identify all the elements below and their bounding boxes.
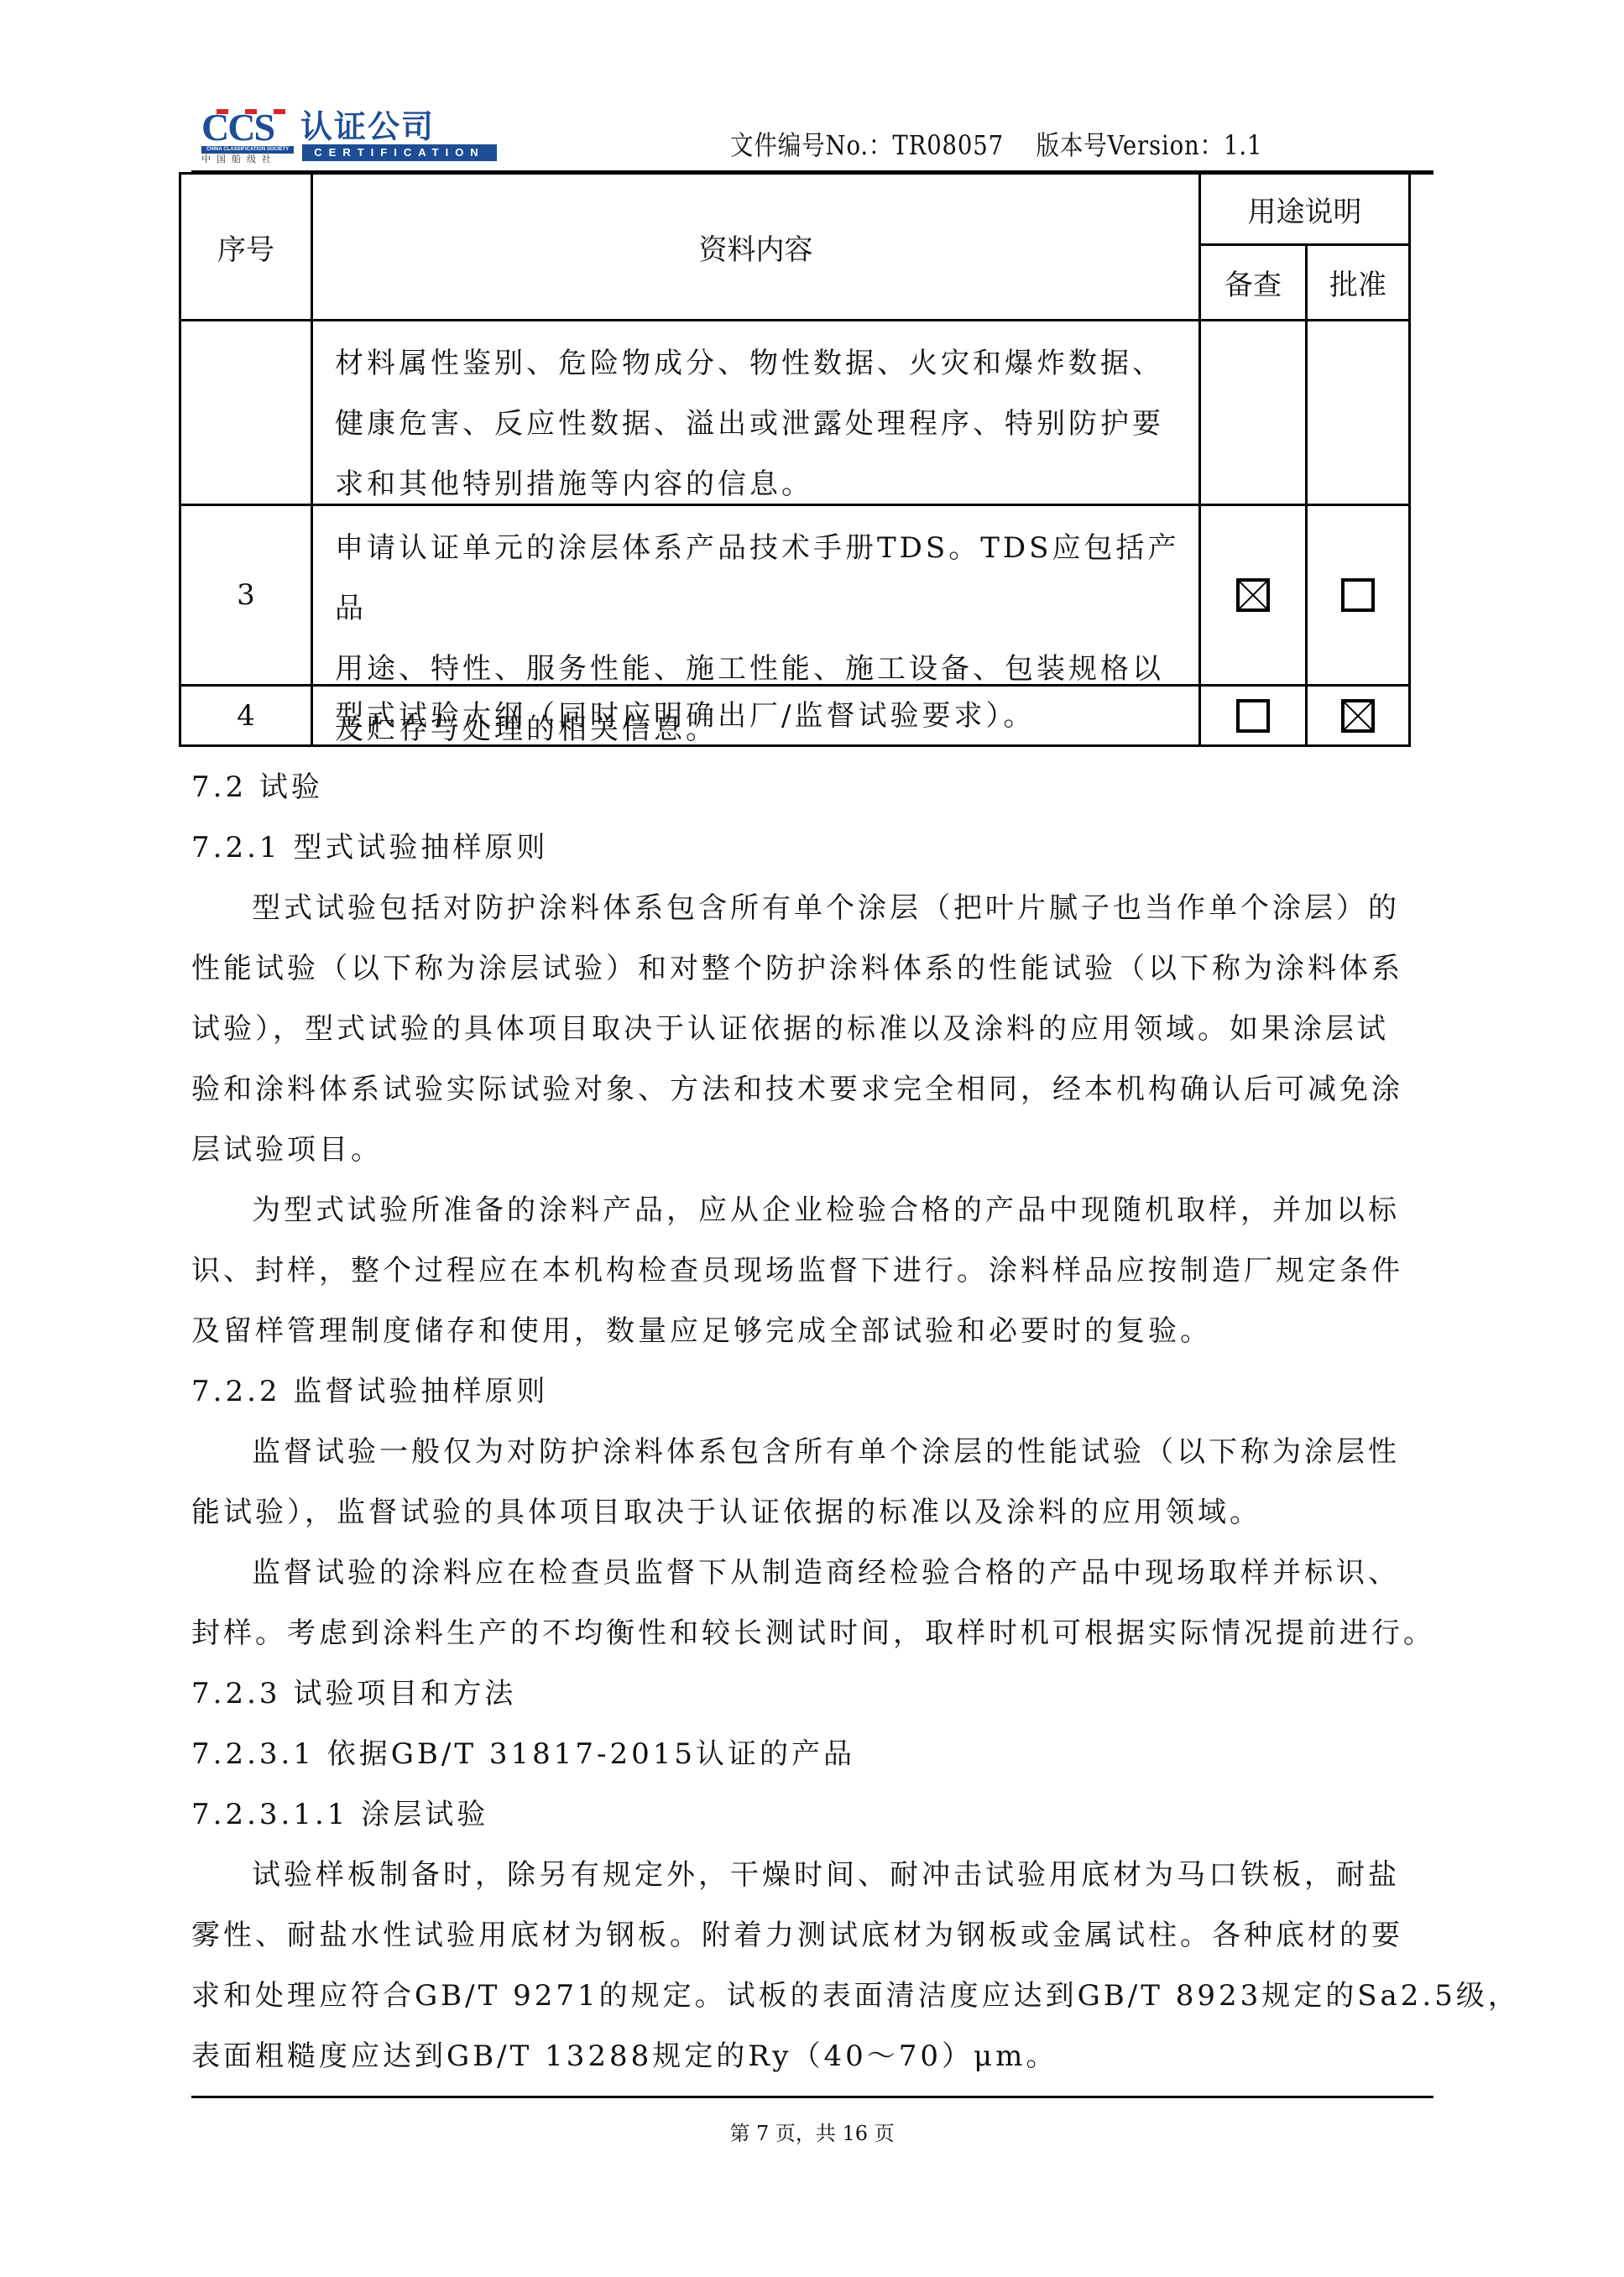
paragraph-line: 识、封样，整个过程应在本机构检查员现场监督下进行。涂料样品应按制造厂规定条件 [191,1254,1403,1287]
table-row-4-approval [1305,684,1411,747]
heading-7-2-3-1: 7.2.3.1 依据GB/T 31817-2015认证的产品 [191,1737,855,1771]
heading-7-2: 7.2 试验 [191,770,323,804]
row-1-line-2: 健康危害、反应性数据、溢出或泄露处理程序、特别防护要 [335,394,1164,454]
row-3-line-1: 申请认证单元的涂层体系产品技术手册TDS。TDS应包括产品 [335,518,1198,639]
paragraph-line: 表面粗糙度应达到GB/T 13288规定的Ry（40～70）μm。 [191,2039,1057,2073]
table-row-1-reference [1198,319,1308,506]
row-3-approval-checkbox[interactable] [1341,578,1375,612]
table-row-1-no [179,319,313,506]
col-header-content-label: 资料内容 [699,227,813,268]
col-header-reference-label: 备查 [1225,262,1282,303]
col-header-approval-label: 批准 [1329,262,1386,303]
row-4-number: 4 [237,699,255,733]
logo-society-en: CHINA CLASSIFICATION SOCIETY [201,146,294,154]
logo-ccs-mark: CCS [201,109,274,146]
row-3-reference-checkbox[interactable] [1236,578,1270,612]
row-3-number: 3 [237,578,255,612]
materials-table: 序号 资料内容 用途说明 备查 批准 材料属性鉴别、危险物成分、物性数据、火灾和… [179,172,1411,744]
table-row-3-content: 申请认证单元的涂层体系产品技术手册TDS。TDS应包括产品 用途、特性、服务性能… [311,504,1201,687]
table-row-3-approval [1305,504,1411,687]
heading-7-2-2: 7.2.2 监督试验抽样原则 [191,1375,548,1408]
paragraph-line: 封样。考虑到涂料生产的不均衡性和较长测试时间，取样时机可根据实际情况提前进行。 [191,1616,1435,1650]
table-row-4-reference [1198,684,1308,747]
paragraph-line: 验和涂料体系试验实际试验对象、方法和技术要求完全相同，经本机构确认后可减免涂 [191,1073,1403,1106]
paragraph-line: 试验样板制备时，除另有规定外，干燥时间、耐冲击试验用底材为马口铁板，耐盐 [252,1858,1400,1892]
paragraph-line: 求和处理应符合GB/T 9271的规定。试板的表面清洁度应达到GB/T 8923… [191,1979,1520,2013]
paragraph-line: 能试验），监督试验的具体项目取决于认证依据的标准以及涂料的应用领域。 [191,1496,1261,1529]
logo-cert-cn: 认证公司 [300,109,435,144]
table-row-3-no: 3 [179,504,313,687]
col-header-reference: 备查 [1198,243,1308,321]
ccs-certification-logo: CCS CHINA CLASSIFICATION SOCIETY 中国船级社 认… [195,107,497,166]
heading-7-2-3: 7.2.3 试验项目和方法 [191,1677,516,1710]
table-row-4-content: 型式试验大纲（同时应明确出厂/监督试验要求）。 [311,684,1201,747]
row-4-reference-checkbox[interactable] [1236,699,1270,733]
paragraph-line: 试验），型式试验的具体项目取决于认证依据的标准以及涂料的应用领域。如果涂层试 [191,1012,1389,1046]
row-4-approval-checkbox[interactable] [1341,699,1375,733]
heading-7-2-1: 7.2.1 型式试验抽样原则 [191,831,548,864]
col-header-approval: 批准 [1305,243,1411,321]
footer-rule [191,2096,1433,2098]
table-row-1-content: 材料属性鉴别、危险物成分、物性数据、火灾和爆炸数据、 健康危害、反应性数据、溢出… [311,319,1201,506]
document-number-version: 文件编号No.：TR08057 版本号Version：1.1 [730,124,1262,163]
logo-cert-en: CERTIFICATION [302,144,497,161]
row-4-line-1: 型式试验大纲（同时应明确出厂/监督试验要求）。 [335,686,1035,746]
col-header-purpose: 用途说明 [1198,172,1411,246]
table-row-3-reference [1198,504,1308,687]
paragraph-line: 层试验项目。 [191,1133,383,1167]
paragraph-line: 监督试验的涂料应在检查员监督下从制造商经检验合格的产品中现场取样并标识、 [252,1556,1400,1590]
row-1-line-1: 材料属性鉴别、危险物成分、物性数据、火灾和爆炸数据、 [335,333,1164,394]
paragraph-line: 型式试验包括对防护涂料体系包含所有单个涂层（把叶片腻子也当作单个涂层）的 [252,891,1400,925]
page-number: 第 7 页，共 16 页 [0,2117,1624,2146]
col-header-no: 序号 [179,172,313,321]
col-header-purpose-label: 用途说明 [1248,189,1362,230]
paragraph-line: 监督试验一般仅为对防护涂料体系包含所有单个涂层的性能试验（以下称为涂层性 [252,1435,1400,1469]
paragraph-line: 性能试验（以下称为涂层试验）和对整个防护涂料体系的性能试验（以下称为涂料体系 [191,952,1403,985]
paragraph-line: 为型式试验所准备的涂料产品，应从企业检验合格的产品中现随机取样，并加以标 [252,1193,1400,1227]
paragraph-line: 雾性、耐盐水性试验用底材为钢板。附着力测试底材为钢板或金属试柱。各种底材的要 [191,1919,1403,1952]
paragraph-line: 及留样管理制度储存和使用，数量应足够完成全部试验和必要时的复验。 [191,1314,1212,1348]
col-header-no-label: 序号 [217,227,274,268]
table-row-4-no: 4 [179,684,313,747]
heading-7-2-3-1-1: 7.2.3.1.1 涂层试验 [191,1798,488,1831]
col-header-content: 资料内容 [311,172,1201,321]
table-row-1-approval [1305,319,1411,506]
logo-society-cn: 中国船级社 [201,154,277,165]
